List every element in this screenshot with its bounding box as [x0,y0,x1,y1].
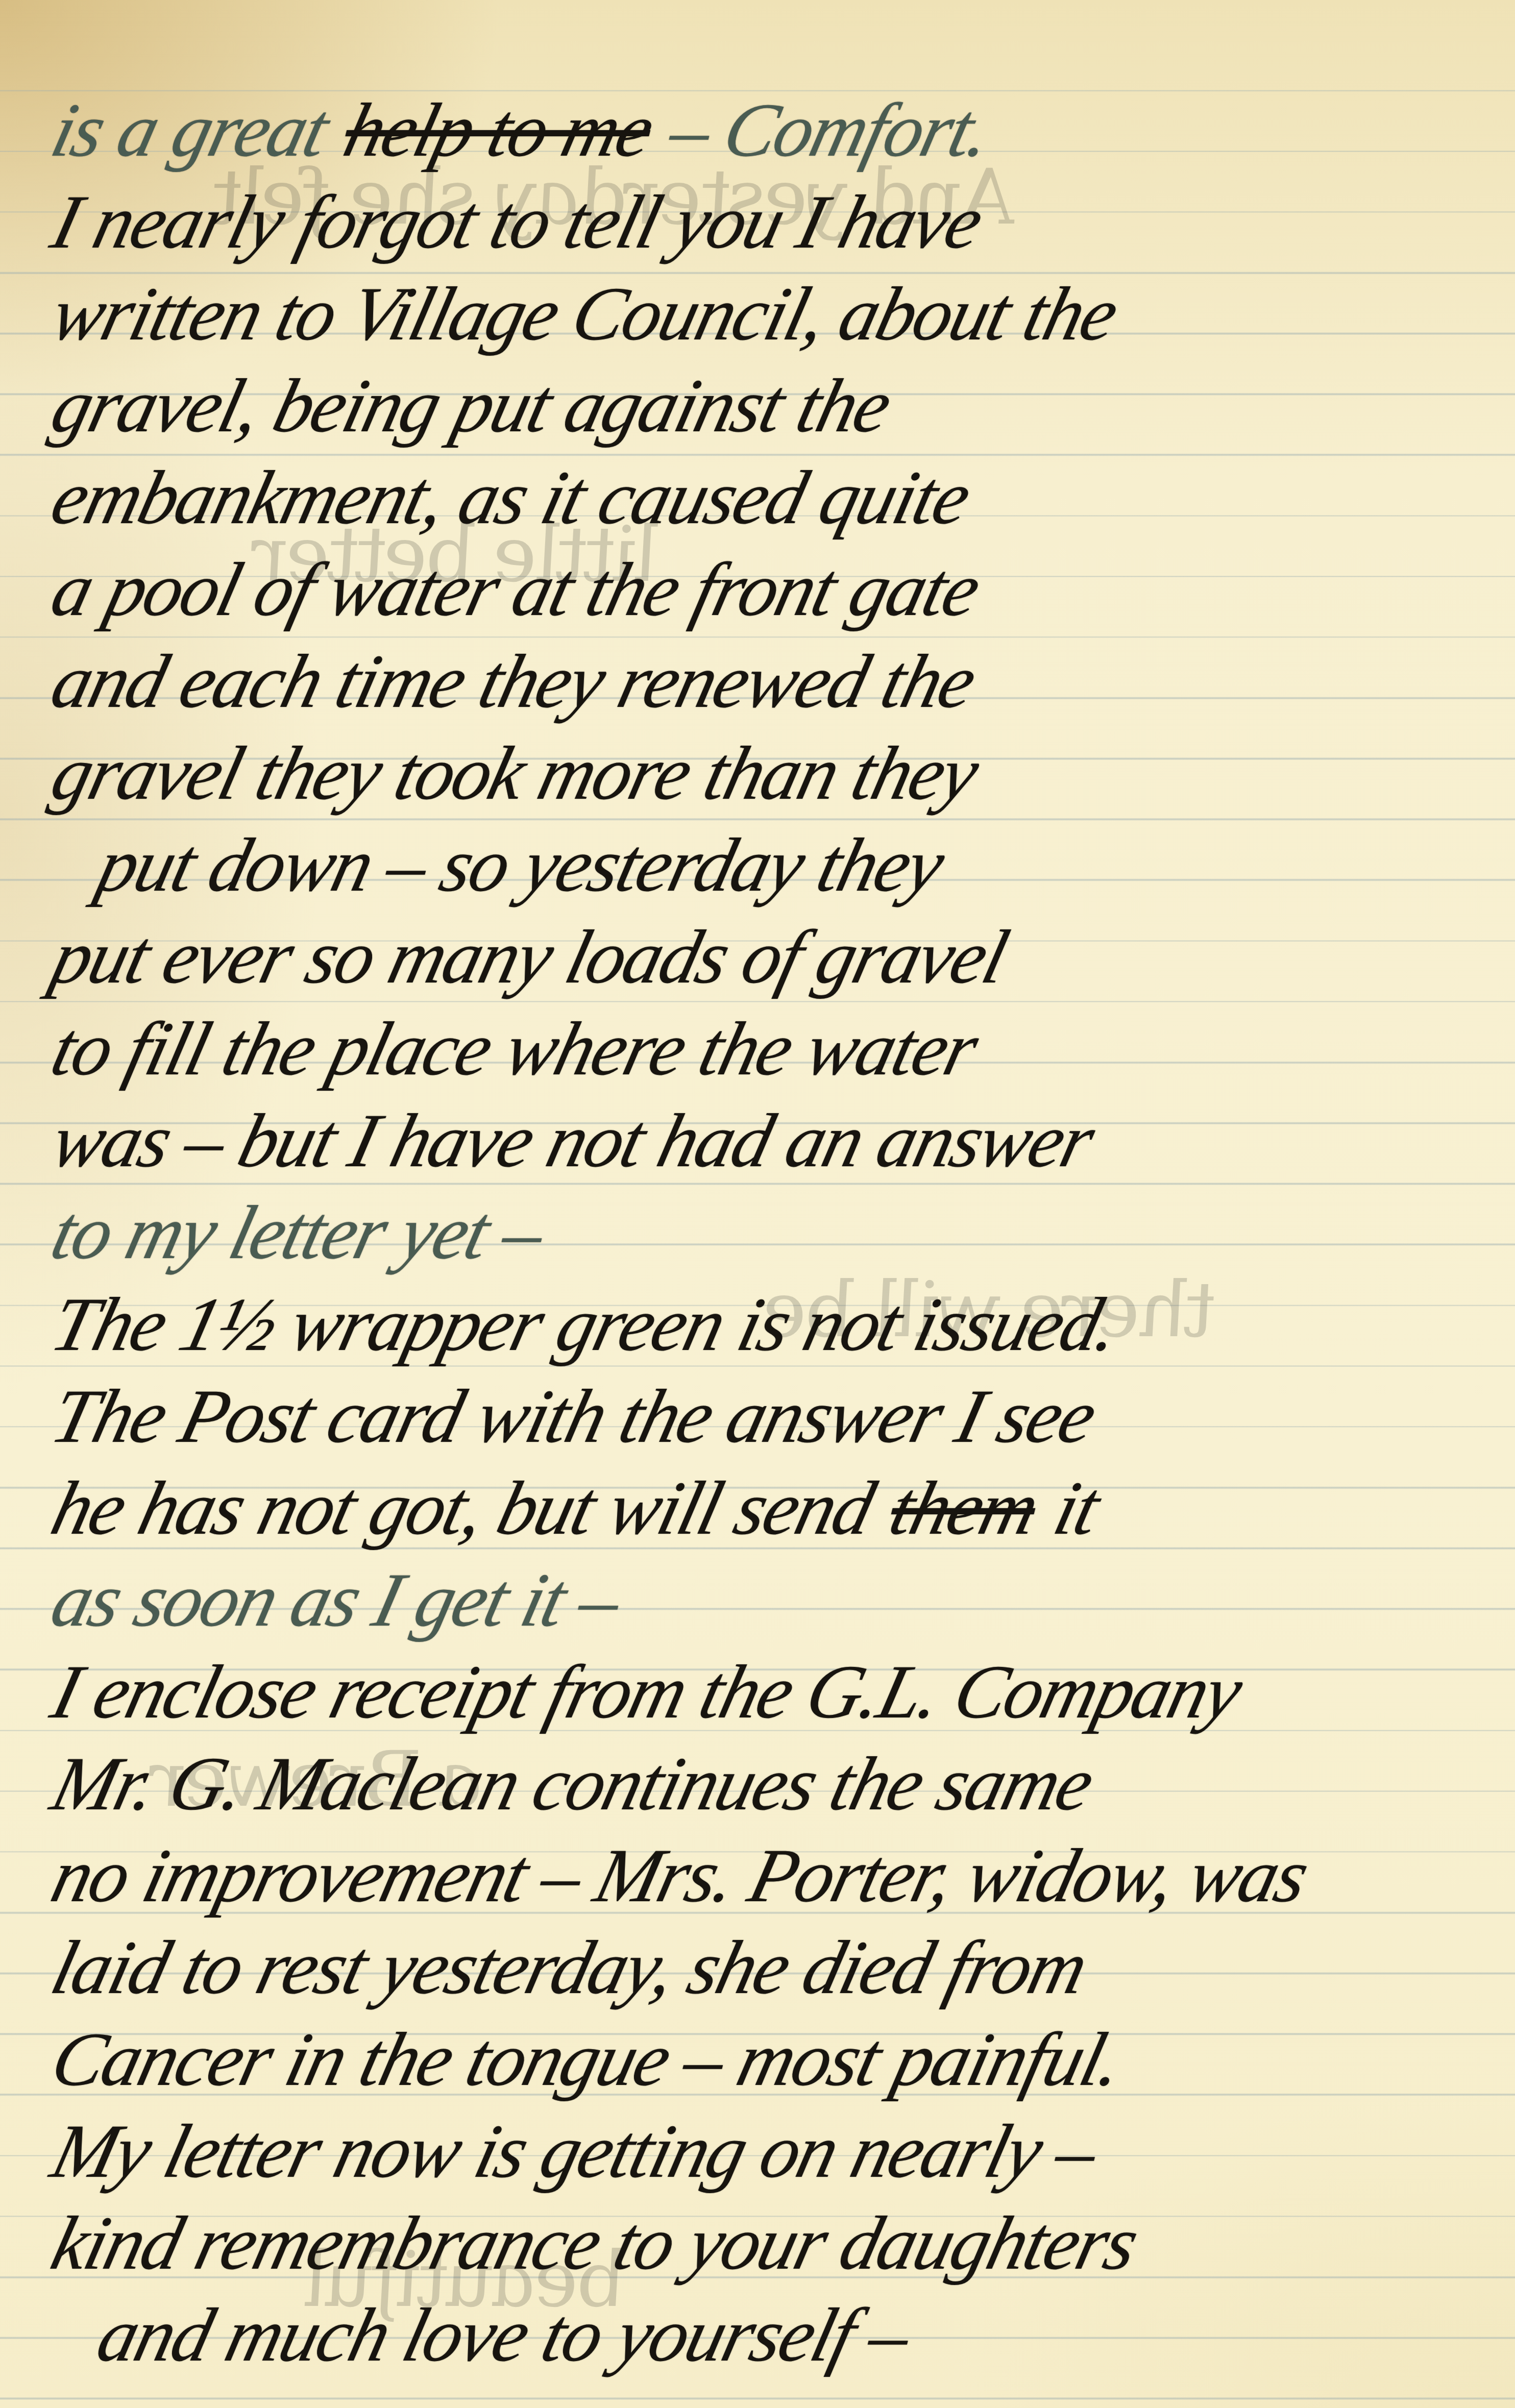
letter-line: embankment, as it caused quite [45,444,1497,536]
letter-line: as soon as I get it – [45,1546,1497,1638]
line-text: I nearly forgot to tell you I have [45,184,989,260]
line-text: gravel, being put against the [45,367,898,444]
letter-line: laid to rest yesterday, she died from [45,1914,1497,2006]
line-text-after: it [1047,1470,1106,1546]
letter-body: is a great help to me – Comfort. I nearl… [56,77,1485,2373]
line-text: Mr. G. Maclean continues the same [45,1746,1100,1822]
letter-line: My letter now is getting on nearly – [45,2098,1497,2190]
letter-line: no improvement – Mrs. Porter, widow, was [45,1822,1497,1914]
line-text: no improvement – Mrs. Porter, widow, was [45,1837,1315,1914]
letter-line: kind remembrance to your daughters [45,2190,1497,2281]
letter-line: gravel, being put against the [45,352,1497,444]
letter-line: The 1½ wrapper green is not issued. [45,1271,1497,1363]
letter-line: was – but I have not had an answer [45,1087,1497,1179]
line-text-after: – Comfort. [663,92,998,168]
letter-line: and much love to yourself – [45,2281,1497,2373]
line-text: was – but I have not had an answer [45,1102,1101,1179]
letter-line: to my letter yet – [45,1179,1497,1271]
line-text: I enclose receipt from the G.L. Company [45,1654,1249,1730]
letter-line: put ever so many loads of gravel [45,903,1497,995]
letter-line: put down – so yesterday they [45,812,1497,903]
line-text: put ever so many loads of gravel [45,919,1014,995]
line-text: to fill the place where the water [45,1011,985,1087]
line-text: a pool of water at the front gate [45,551,987,628]
line-text: gravel they took more than they [45,735,985,812]
letter-line: Mr. G. Maclean continues the same [45,1730,1497,1822]
letter-line: written to Village Council, about the [45,260,1497,352]
letter-line: is a great help to me – Comfort. [45,77,1497,168]
letter-line: a pool of water at the front gate [45,536,1497,628]
line-text: is a great [45,92,335,168]
letter-line: and each time they renewed the [45,628,1497,720]
line-text: and much love to yourself – [91,2297,917,2373]
line-text: and each time they renewed the [45,643,983,720]
letter-line: gravel they took more than they [45,720,1497,812]
letter-line: I nearly forgot to tell you I have [45,168,1497,260]
line-text: to my letter yet – [45,1194,551,1271]
line-text: Cancer in the tongue – most painful. [45,2021,1130,2098]
letter-line: I enclose receipt from the G.L. Company [45,1638,1497,1730]
line-text: as soon as I get it – [45,1562,627,1638]
line-text: laid to rest yesterday, she died from [45,1929,1094,2006]
line-text: he has not got, but will send [45,1470,881,1546]
line-text: put down – so yesterday they [91,827,951,903]
line-text: kind remembrance to your daughters [45,2205,1144,2281]
line-text: embankment, as it caused quite [45,459,977,536]
letter-line: Cancer in the tongue – most painful. [45,2006,1497,2098]
line-text: My letter now is getting on nearly – [45,2113,1104,2190]
line-text: written to Village Council, about the [45,276,1125,352]
letter-line: to fill the place where the water [45,995,1497,1087]
letter-line: he has not got, but will send them it [45,1455,1497,1546]
letter-line: The Post card with the answer I see [45,1363,1497,1455]
struck-text: them [883,1470,1045,1546]
line-text: The Post card with the answer I see [45,1378,1103,1455]
struck-text: help to me [337,92,660,168]
line-text: The 1½ wrapper green is not issued. [45,1286,1126,1363]
